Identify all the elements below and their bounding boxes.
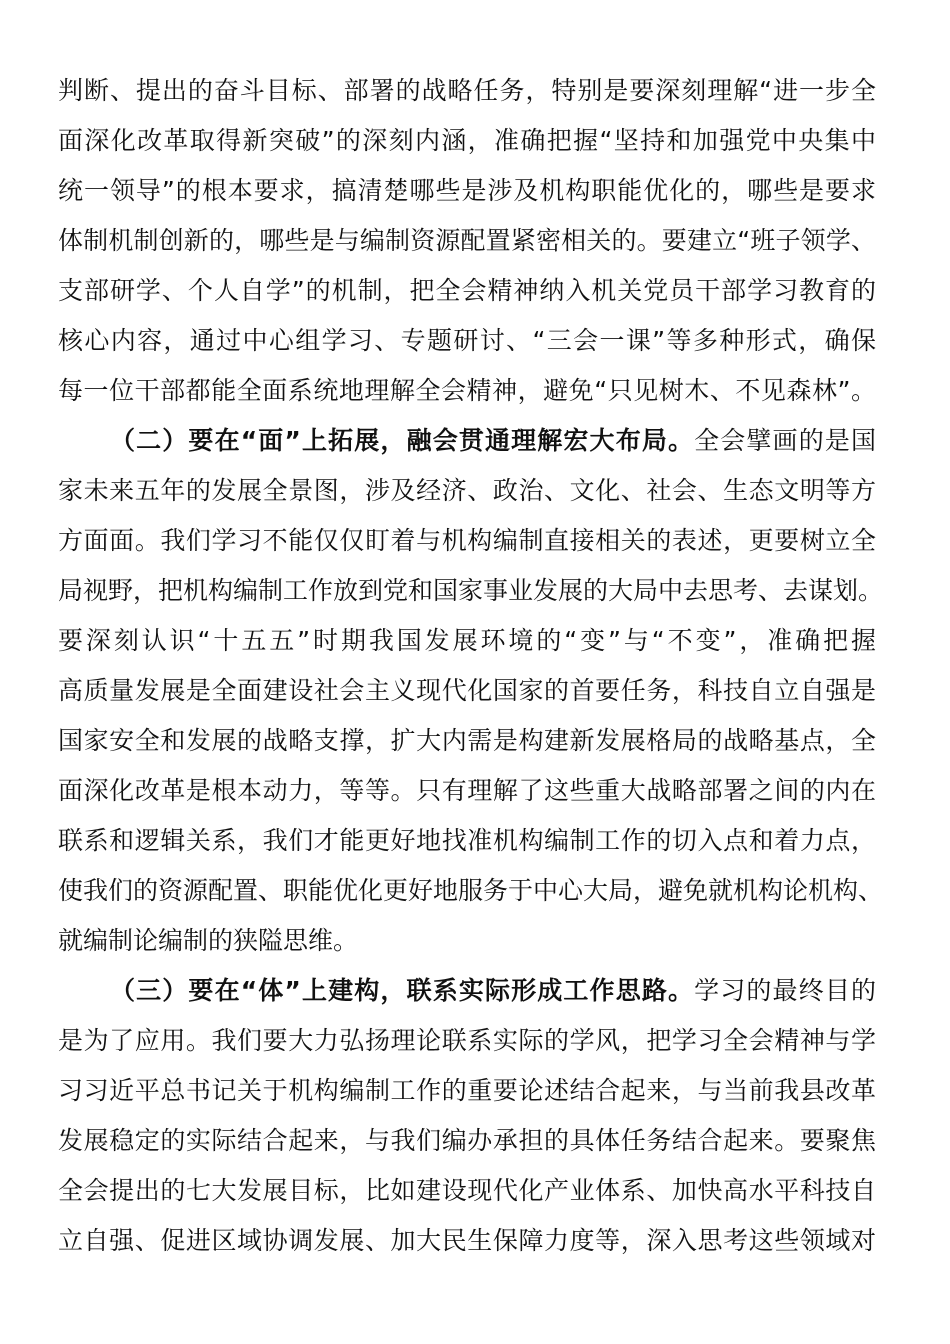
- text-line: 全会提出的七大发展目标，比如建设现代化产业体系、加快高水平科技自: [58, 1166, 876, 1216]
- paragraph-section-three: （三）要在“体”上建构，联系实际形成工作思路。学习的最终目的 是为了应用。我们要…: [58, 966, 876, 1266]
- text-line: 习习近平总书记关于机构编制工作的重要论述结合起来，与当前我县改革: [58, 1066, 876, 1116]
- text-run: 全会擘画的是国: [694, 426, 876, 455]
- text-line: 要深刻认识“十五五”时期我国发展环境的“变”与“不变”，准确把握: [58, 616, 876, 666]
- text-line: 家未来五年的发展全景图，涉及经济、政治、文化、社会、生态文明等方: [58, 466, 876, 516]
- document-page: 判断、提出的奋斗目标、部署的战略任务，特别是要深刻理解“进一步全 面深化改革取得…: [58, 66, 876, 1266]
- paragraph-section-two: （二）要在“面”上拓展，融会贯通理解宏大布局。全会擘画的是国 家未来五年的发展全…: [58, 416, 876, 966]
- text-run: 学习的最终目的: [694, 976, 876, 1005]
- text-line: 高质量发展是全面建设社会主义现代化国家的首要任务，科技自立自强是: [58, 666, 876, 716]
- text-line: 联系和逻辑关系，我们才能更好地找准机构编制工作的切入点和着力点，: [58, 816, 876, 866]
- section-heading-two: （二）要在“面”上拓展，融会贯通理解宏大布局。: [110, 426, 694, 455]
- text-line: 体制机制创新的，哪些是与编制资源配置紧密相关的。要建立“班子领学、: [58, 216, 876, 266]
- text-line: 核心内容，通过中心组学习、专题研讨、“三会一课”等多种形式，确保: [58, 316, 876, 366]
- text-line: 统一领导”的根本要求，搞清楚哪些是涉及机构职能优化的，哪些是要求: [58, 166, 876, 216]
- text-line: 国家安全和发展的战略支撑，扩大内需是构建新发展格局的战略基点，全: [58, 716, 876, 766]
- text-line: 面深化改革是根本动力，等等。只有理解了这些重大战略部署之间的内在: [58, 766, 876, 816]
- section-heading-line: （二）要在“面”上拓展，融会贯通理解宏大布局。全会擘画的是国: [58, 416, 876, 466]
- section-heading-three: （三）要在“体”上建构，联系实际形成工作思路。: [110, 976, 694, 1005]
- text-line: 就编制论编制的狭隘思维。: [58, 916, 876, 966]
- text-line: 发展稳定的实际结合起来，与我们编办承担的具体任务结合起来。要聚焦: [58, 1116, 876, 1166]
- text-line: 面深化改革取得新突破”的深刻内涵，准确把握“坚持和加强党中央集中: [58, 116, 876, 166]
- text-line: 局视野，把机构编制工作放到党和国家事业发展的大局中去思考、去谋划。: [58, 566, 876, 616]
- text-line: 支部研学、个人自学”的机制，把全会精神纳入机关党员干部学习教育的: [58, 266, 876, 316]
- text-line: 使我们的资源配置、职能优化更好地服务于中心大局，避免就机构论机构、: [58, 866, 876, 916]
- paragraph-continuation: 判断、提出的奋斗目标、部署的战略任务，特别是要深刻理解“进一步全 面深化改革取得…: [58, 66, 876, 416]
- text-line: 判断、提出的奋斗目标、部署的战略任务，特别是要深刻理解“进一步全: [58, 66, 876, 116]
- text-line: 立自强、促进区域协调发展、加大民生保障力度等，深入思考这些领域对: [58, 1216, 876, 1266]
- text-line: 每一位干部都能全面系统地理解全会精神，避免“只见树木、不见森林”。: [58, 366, 876, 416]
- text-line: 方面面。我们学习不能仅仅盯着与机构编制直接相关的表述，更要树立全: [58, 516, 876, 566]
- text-line: 是为了应用。我们要大力弘扬理论联系实际的学风，把学习全会精神与学: [58, 1016, 876, 1066]
- section-heading-line: （三）要在“体”上建构，联系实际形成工作思路。学习的最终目的: [58, 966, 876, 1016]
